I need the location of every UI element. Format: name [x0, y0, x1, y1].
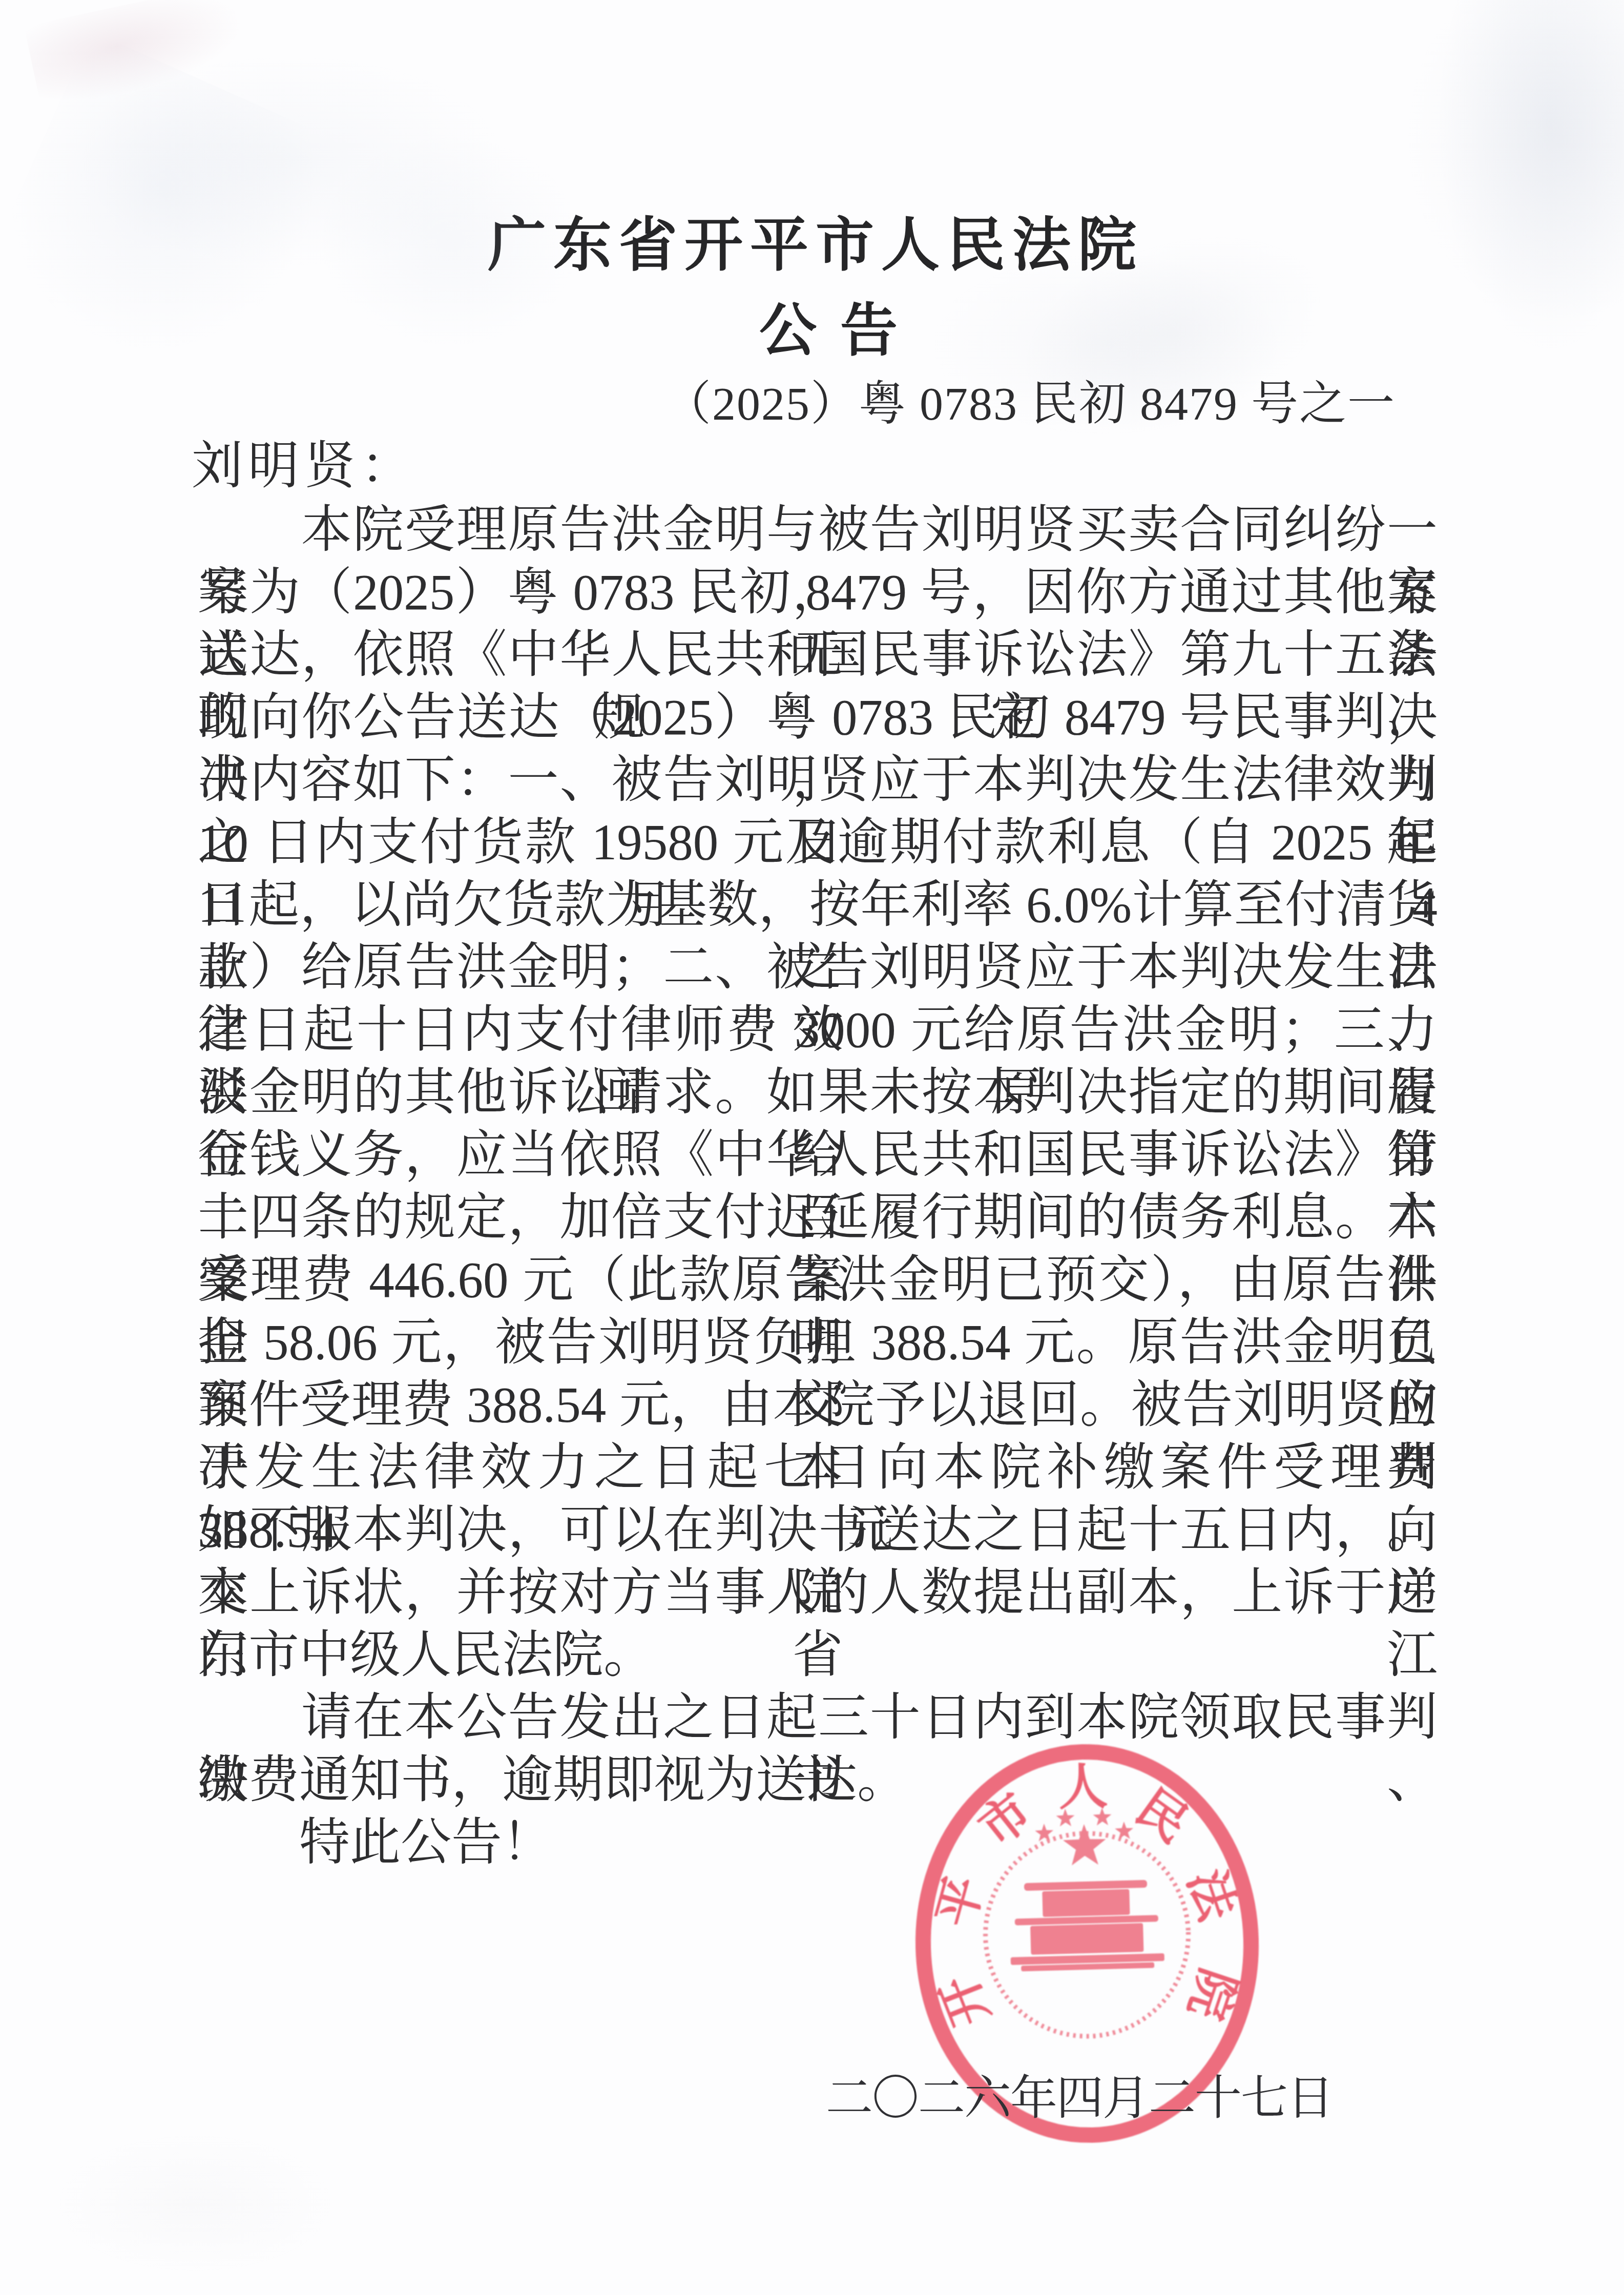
seal-ring-char: 人 [1058, 1759, 1109, 1814]
body-line: 号为（2025）粤 0783 民初 8479 号，因你方通过其他方式无法 [198, 562, 1438, 624]
doc-type-subtitle: 公告 [0, 293, 1624, 370]
body-line: 本院受理原告洪金明与被告刘明贤买卖合同纠纷一案，案 [198, 499, 1438, 562]
body-line: 交上诉状，并按对方当事人的人数提出副本，上诉于广东省江 [198, 1562, 1438, 1624]
body-line: 10 日内支付货款 19580 元及逾期付款利息（自 2025 年 11 月 4 [198, 812, 1438, 874]
body-line: 案件受理费 388.54 元，由本院予以退回。被告刘明贤应于本判 [198, 1374, 1438, 1437]
body-line: 如不服本判决，可以在判决书送达之日起十五日内，向本院递 [198, 1499, 1438, 1562]
body-line: 之日起十日内支付律师费 3000 元给原告洪金明；三、驳回原告 [198, 999, 1438, 1062]
case-number: （2025）粤 0783 民初 8479 号之一 [664, 375, 1396, 432]
body-line: 决内容如下：一、被告刘明贤应于本判决发生法律效力之日起 [198, 749, 1438, 812]
body-line: 日起，以尚欠货款为基数，按年利率 6.0%计算至付清货款之日 [198, 874, 1438, 937]
body-line: 洪金明的其他诉讼请求。如果未按本判决指定的期间履行给付 [198, 1062, 1438, 1124]
body-line: 止）给原告洪金明；二、被告刘明贤应于本判决发生法律效力 [198, 937, 1438, 999]
addressee-name: 刘明贤： [192, 436, 417, 497]
scanned-court-announcement-page: 广东省开平市人民法院 公告 （2025）粤 0783 民初 8479 号之一 刘… [0, 0, 1624, 2295]
body-line: 受理费 446.60 元（此款原告洪金明已预交），由原告洪金明负 [198, 1249, 1438, 1312]
body-line: 决发生法律效力之日起七日向本院补缴案件受理费 388.54 元。 [198, 1437, 1438, 1499]
announcement-body: 本院受理原告洪金明与被告刘明贤买卖合同纠纷一案，案号为（2025）粤 0783 … [198, 499, 1438, 1874]
body-line: 现向你公告送达（2025）粤 0783 民初 8479 号民事判决书，判 [198, 687, 1438, 749]
body-line: 十四条的规定，加倍支付迟延履行期间的债务利息。本案案件 [198, 1187, 1438, 1249]
court-name-title: 广东省开平市人民法院 [0, 207, 1624, 284]
issue-date: 二〇二六年四月二十七日 [826, 2070, 1343, 2126]
body-line: 金钱义务，应当依照《中华人民共和国民事诉讼法》第二百六 [198, 1124, 1438, 1187]
scan-artifact-top-left-pink [24, 0, 253, 112]
body-line: 担 58.06 元，被告刘明贤负担 388.54 元。原告洪金明已预交的 [198, 1312, 1438, 1374]
body-line: 送达，依照《中华人民共和国民事诉讼法》第九十五条的规定， [198, 624, 1438, 687]
